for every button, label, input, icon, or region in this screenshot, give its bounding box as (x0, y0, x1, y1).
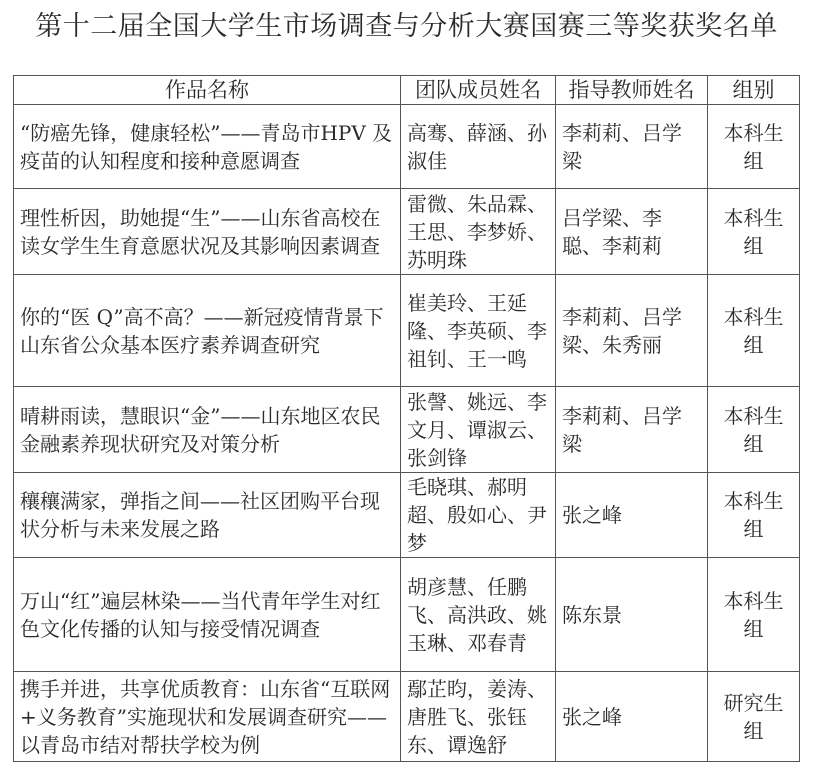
team-members-cell: 雷微、朱品霖、王思、李梦娇、苏明珠 (401, 189, 556, 275)
advisors-cell: 李莉莉、吕学梁、朱秀丽 (556, 275, 708, 387)
group-cell: 本科生组 (708, 387, 800, 473)
team-members-cell: 崔美玲、王延隆、李英硕、李祖钊、王一鸣 (401, 275, 556, 387)
group-cell: 本科生组 (708, 275, 800, 387)
advisors-cell: 吕学梁、李聪、李莉莉 (556, 189, 708, 275)
award-list-table: 作品名称 团队成员姓名 指导教师姓名 组别 “防癌先锋，健康轻松”——青岛市HP… (13, 75, 800, 762)
work-title-cell: “防癌先锋，健康轻松”——青岛市HPV 及疫苗的认知程度和接种意愿调查 (14, 105, 401, 189)
group-cell: 本科生组 (708, 105, 800, 189)
header-work-title: 作品名称 (14, 76, 401, 105)
table-row: 穰穰满家，弹指之间——社区团购平台现状分析与未来发展之路 毛晓琪、郝明超、殷如心… (14, 473, 800, 558)
group-cell: 研究生组 (708, 672, 800, 762)
document-title: 第十二届全国大学生市场调查与分析大赛国赛三等奖获奖名单 (0, 4, 813, 43)
header-team-members: 团队成员姓名 (401, 76, 556, 105)
table-row: 你的“医 Q”高不高？——新冠疫情背景下山东省公众基本医疗素养调查研究 崔美玲、… (14, 275, 800, 387)
table-row: 万山“红”遍层林染——当代青年学生对红色文化传播的认知与接受情况调查 胡彦慧、任… (14, 558, 800, 672)
team-members-cell: 胡彦慧、任鹏飞、高洪政、姚玉琳、邓春青 (401, 558, 556, 672)
header-advisors: 指导教师姓名 (556, 76, 708, 105)
group-cell: 本科生组 (708, 558, 800, 672)
advisors-cell: 张之峰 (556, 473, 708, 558)
team-members-cell: 毛晓琪、郝明超、殷如心、尹梦 (401, 473, 556, 558)
table-header-row: 作品名称 团队成员姓名 指导教师姓名 组别 (14, 76, 800, 105)
group-cell: 本科生组 (708, 473, 800, 558)
advisors-cell: 李莉莉、吕学梁 (556, 387, 708, 473)
team-members-cell: 张謦、姚远、李文月、谭淑云、张剑锋 (401, 387, 556, 473)
work-title-cell: 晴耕雨读，慧眼识“金”——山东地区农民金融素养现状研究及对策分析 (14, 387, 401, 473)
group-cell: 本科生组 (708, 189, 800, 275)
team-members-cell: 鄢芷昀，姜涛、唐胜飞、张钰东、谭逸舒 (401, 672, 556, 762)
team-members-cell: 高骞、薛涵、孙淑佳 (401, 105, 556, 189)
work-title-cell: 理性析因，助她提“生”——山东省高校在读女学生生育意愿状况及其影响因素调查 (14, 189, 401, 275)
work-title-cell: 你的“医 Q”高不高？——新冠疫情背景下山东省公众基本医疗素养调查研究 (14, 275, 401, 387)
work-title-cell: 携手并进，共享优质教育：山东省“互联网+义务教育”实施现状和发展调查研究——以青… (14, 672, 401, 762)
advisors-cell: 李莉莉、吕学梁 (556, 105, 708, 189)
table-row: 理性析因，助她提“生”——山东省高校在读女学生生育意愿状况及其影响因素调查 雷微… (14, 189, 800, 275)
work-title-cell: 穰穰满家，弹指之间——社区团购平台现状分析与未来发展之路 (14, 473, 401, 558)
table-row: 晴耕雨读，慧眼识“金”——山东地区农民金融素养现状研究及对策分析 张謦、姚远、李… (14, 387, 800, 473)
advisors-cell: 张之峰 (556, 672, 708, 762)
table-row: “防癌先锋，健康轻松”——青岛市HPV 及疫苗的认知程度和接种意愿调查 高骞、薛… (14, 105, 800, 189)
work-title-cell: 万山“红”遍层林染——当代青年学生对红色文化传播的认知与接受情况调查 (14, 558, 401, 672)
header-group: 组别 (708, 76, 800, 105)
table-row: 携手并进，共享优质教育：山东省“互联网+义务教育”实施现状和发展调查研究——以青… (14, 672, 800, 762)
advisors-cell: 陈东景 (556, 558, 708, 672)
